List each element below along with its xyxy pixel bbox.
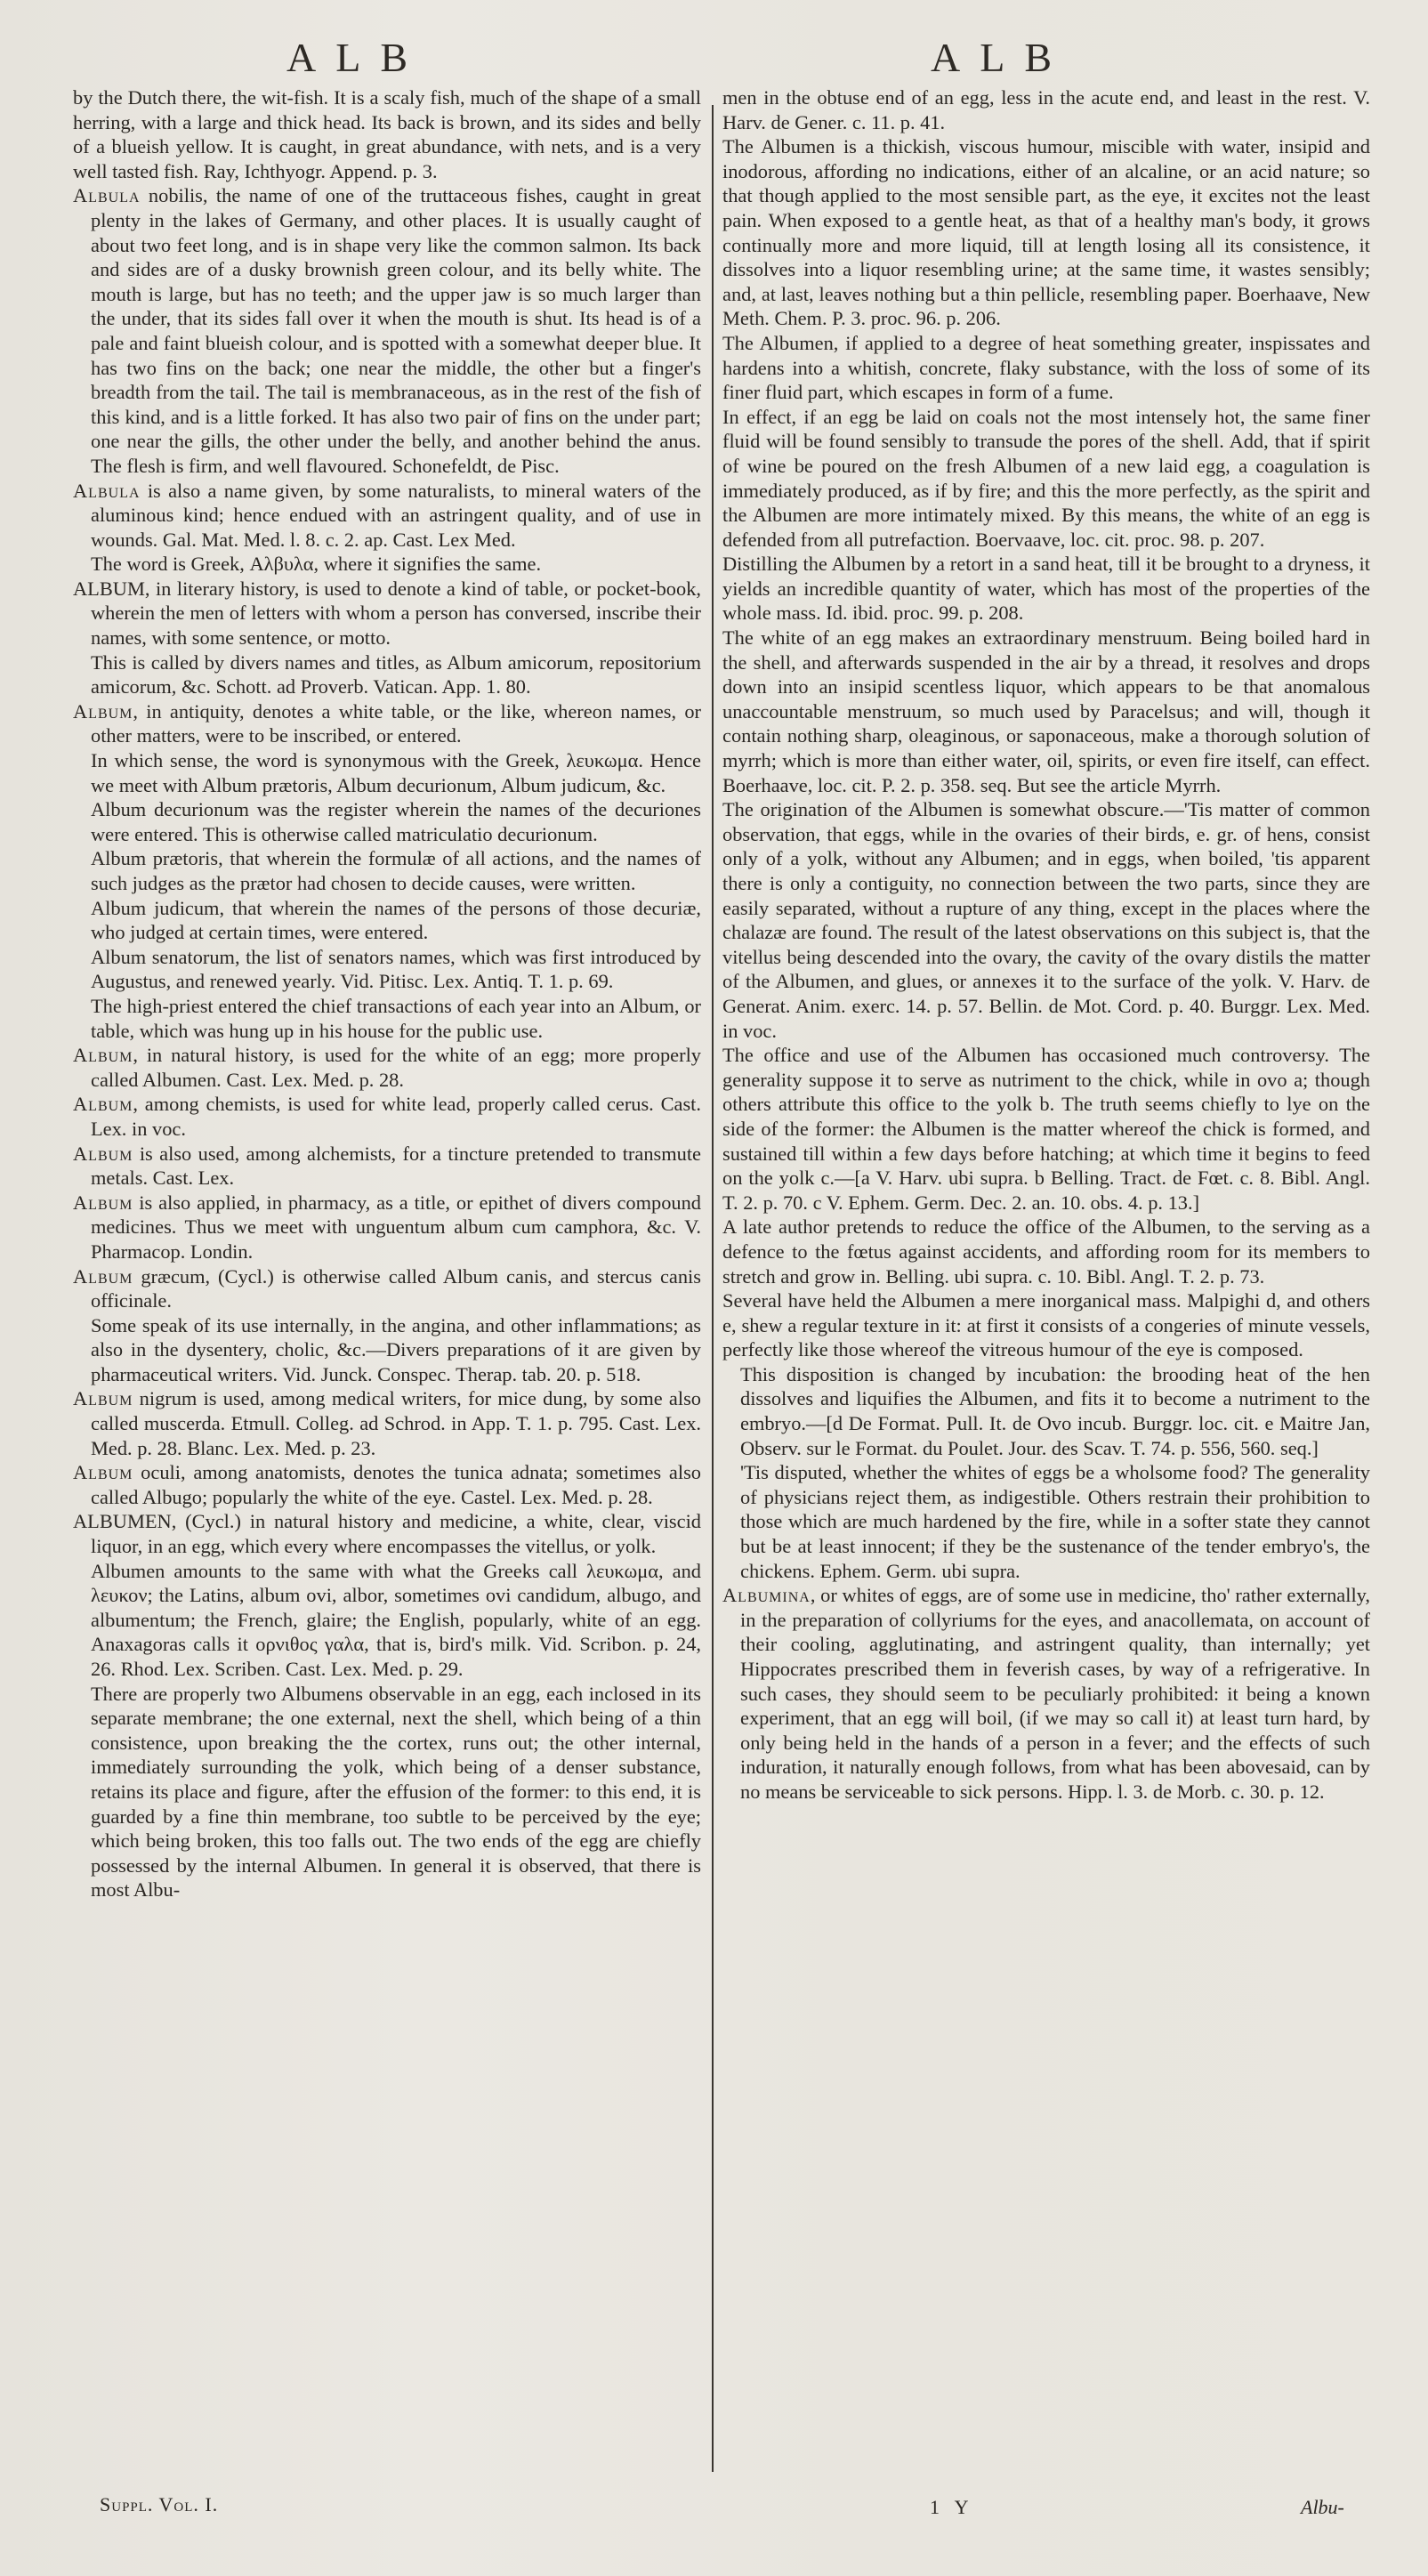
entry-headword: ALBUM: [73, 577, 145, 600]
entry-text: Album senatorum, the list of senators na…: [91, 946, 701, 993]
dictionary-entry: Album is also used, among alchemists, fo…: [73, 1142, 701, 1191]
entry-text: , in natural history, is used for the wh…: [91, 1044, 701, 1091]
entry-text: is also a name given, by some naturalist…: [91, 480, 701, 551]
entry-text: The high-priest entered the chief transa…: [91, 995, 701, 1042]
entry-paragraph: The origination of the Albumen is somewh…: [722, 797, 1370, 1043]
entry-paragraph: The white of an egg makes an extraordina…: [722, 626, 1370, 797]
entry-paragraph: Album decurionum was the register wherei…: [73, 797, 701, 846]
entry-text: A late author pretends to reduce the off…: [722, 1215, 1370, 1287]
entry-paragraph: Album judicum, that wherein the names of…: [73, 896, 701, 945]
column-divider: [712, 105, 714, 2472]
entry-text: This disposition is changed by incubatio…: [740, 1363, 1370, 1459]
entry-headword: Album: [73, 1191, 133, 1214]
entry-text: Albumen amounts to the same with what th…: [91, 1560, 701, 1680]
entry-paragraph: The Albumen is a thickish, viscous humou…: [722, 134, 1370, 331]
entry-paragraph: Albumen amounts to the same with what th…: [73, 1559, 701, 1682]
entry-text: , in antiquity, denotes a white table, o…: [91, 700, 701, 747]
entry-text: , (Cycl.) in natural history and medicin…: [91, 1510, 701, 1557]
entry-headword: ALBUMEN: [73, 1510, 172, 1532]
entry-text: The Albumen, if applied to a degree of h…: [722, 332, 1370, 403]
running-head-left: ALB: [286, 34, 427, 81]
signature-mark: 1 Y: [930, 2496, 974, 2519]
entry-paragraph: Album senatorum, the list of senators na…: [73, 945, 701, 994]
entry-text: The origination of the Albumen is somewh…: [722, 798, 1370, 1041]
entry-paragraph: A late author pretends to reduce the off…: [722, 1215, 1370, 1288]
dictionary-entry: Album, in antiquity, denotes a white tab…: [73, 699, 701, 748]
entry-text: , among chemists, is used for white lead…: [91, 1093, 701, 1140]
entry-paragraph: This is called by divers names and title…: [73, 650, 701, 699]
left-column: by the Dutch there, the wit-fish. It is …: [73, 85, 701, 1902]
entry-text: The Albumen is a thickish, viscous humou…: [722, 135, 1370, 329]
entry-text: In which sense, the word is synonymous w…: [91, 749, 701, 796]
entry-text: Album judicum, that wherein the names of…: [91, 897, 701, 944]
dictionary-entry: Album oculi, among anatomists, denotes t…: [73, 1460, 701, 1509]
dictionary-entry: Album, among chemists, is used for white…: [73, 1092, 701, 1141]
entry-paragraph: by the Dutch there, the wit-fish. It is …: [73, 85, 701, 183]
dictionary-entry: Albula is also a name given, by some nat…: [73, 479, 701, 553]
entry-text: oculi, among anatomists, denotes the tun…: [91, 1461, 701, 1508]
entry-paragraph: The word is Greek, Αλβυλα, where it sign…: [73, 552, 701, 577]
entry-headword: Album: [73, 1143, 133, 1165]
entry-text: There are properly two Albumens observab…: [91, 1683, 701, 1902]
entry-paragraph: In which sense, the word is synonymous w…: [73, 748, 701, 797]
entry-paragraph: In effect, if an egg be laid on coals no…: [722, 405, 1370, 553]
entry-text: nigrum is used, among medical writers, f…: [91, 1387, 701, 1458]
entry-text: Some speak of its use internally, in the…: [91, 1314, 701, 1385]
catchword: Albu-: [1301, 2496, 1344, 2519]
entry-text: is also applied, in pharmacy, as a title…: [91, 1191, 701, 1263]
entry-text: This is called by divers names and title…: [91, 651, 701, 699]
entry-headword: Album: [73, 1044, 133, 1066]
dictionary-entry: Albula nobilis, the name of one of the t…: [73, 183, 701, 478]
entry-headword: Albula: [73, 480, 141, 502]
entry-paragraph: This disposition is changed by incubatio…: [722, 1362, 1370, 1460]
entry-text: The word is Greek, Αλβυλα, where it sign…: [91, 553, 541, 575]
entry-text: men in the obtuse end of an egg, less in…: [722, 86, 1370, 133]
entry-headword: Album: [73, 1093, 133, 1115]
running-head-right: ALB: [931, 34, 1071, 81]
entry-paragraph: Distilling the Albumen by a retort in a …: [722, 552, 1370, 626]
entry-headword: Albula: [73, 184, 141, 206]
dictionary-entry: ALBUMEN, (Cycl.) in natural history and …: [73, 1509, 701, 1558]
entry-text: Several have held the Albumen a mere ino…: [722, 1289, 1370, 1361]
entry-text: 'Tis disputed, whether the whites of egg…: [740, 1461, 1370, 1581]
right-column: men in the obtuse end of an egg, less in…: [722, 85, 1370, 1805]
entry-paragraph: The Albumen, if applied to a degree of h…: [722, 331, 1370, 405]
entry-text: græcum, (Cycl.) is otherwise called Albu…: [91, 1265, 701, 1312]
entry-text: Distilling the Albumen by a retort in a …: [722, 553, 1370, 624]
entry-text: by the Dutch there, the wit-fish. It is …: [73, 86, 701, 182]
entry-paragraph: There are properly two Albumens observab…: [73, 1682, 701, 1902]
entry-text: , in literary history, is used to denote…: [91, 577, 701, 649]
dictionary-entry: Album nigrum is used, among medical writ…: [73, 1386, 701, 1460]
entry-text: The white of an egg makes an extraordina…: [722, 626, 1370, 796]
entry-paragraph: Several have held the Albumen a mere ino…: [722, 1288, 1370, 1362]
entry-text: Album prætoris, that wherein the formulæ…: [91, 847, 701, 894]
entry-text: , or whites of eggs, are of some use in …: [740, 1584, 1370, 1803]
entry-paragraph: men in the obtuse end of an egg, less in…: [722, 85, 1370, 134]
entry-paragraph: 'Tis disputed, whether the whites of egg…: [722, 1460, 1370, 1583]
dictionary-entry: Albumina, or whites of eggs, are of some…: [722, 1583, 1370, 1804]
dictionary-entry: Album græcum, (Cycl.) is otherwise calle…: [73, 1264, 701, 1313]
dictionary-entry: Album is also applied, in pharmacy, as a…: [73, 1191, 701, 1264]
entry-text: Album decurionum was the register wherei…: [91, 798, 701, 845]
entry-headword: Album: [73, 1265, 133, 1288]
entry-headword: Album: [73, 1387, 133, 1409]
entry-headword: Album: [73, 700, 133, 723]
entry-paragraph: Album prætoris, that wherein the formulæ…: [73, 846, 701, 895]
entry-text: nobilis, the name of one of the truttace…: [91, 184, 701, 477]
dictionary-entry: Album, in natural history, is used for t…: [73, 1043, 701, 1092]
entry-text: is also used, among alchemists, for a ti…: [91, 1143, 701, 1190]
entry-text: The office and use of the Albumen has oc…: [722, 1044, 1370, 1214]
entry-paragraph: The office and use of the Albumen has oc…: [722, 1043, 1370, 1215]
dictionary-entry: ALBUM, in literary history, is used to d…: [73, 577, 701, 650]
entry-paragraph: The high-priest entered the chief transa…: [73, 994, 701, 1043]
entry-headword: Album: [73, 1461, 133, 1483]
entry-headword: Albumina: [722, 1584, 811, 1606]
book-page: ALB ALB by the Dutch there, the wit-fish…: [0, 0, 1428, 2576]
entry-text: In effect, if an egg be laid on coals no…: [722, 406, 1370, 551]
entry-paragraph: Some speak of its use internally, in the…: [73, 1313, 701, 1387]
volume-footer: Suppl. Vol. I.: [100, 2493, 218, 2516]
